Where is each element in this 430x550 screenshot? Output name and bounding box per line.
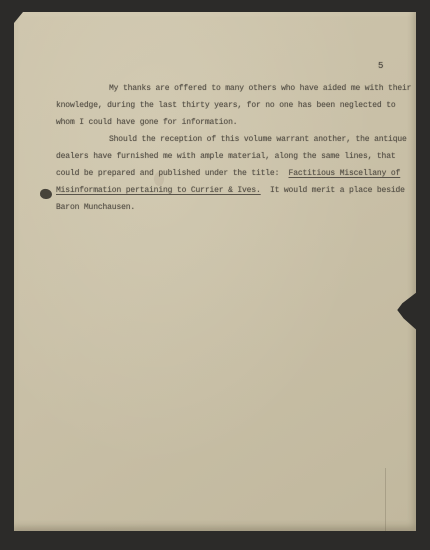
line-text: My thanks are offered to many others who…: [109, 84, 411, 93]
typed-line: whom I could have gone for information.: [56, 114, 416, 131]
page-number: 5: [378, 61, 383, 71]
line-text: whom I could have gone for information.: [56, 118, 237, 127]
document-page: 5 My thanks are offered to many others w…: [14, 12, 416, 531]
typed-line: Misinformation pertaining to Currier & I…: [56, 182, 416, 199]
line-text: dealers have furnished me with ample mat…: [56, 152, 396, 161]
underlined-title: Factitious Miscellany of: [289, 169, 401, 178]
photo-background: 5 My thanks are offered to many others w…: [0, 0, 430, 550]
typed-line: My thanks are offered to many others who…: [56, 80, 416, 97]
typed-line: could be prepared and published under th…: [56, 165, 416, 182]
line-text: It would merit a place beside: [261, 186, 405, 195]
typed-line: knowledge, during the last thirty years,…: [56, 97, 416, 114]
typed-line: dealers have furnished me with ample mat…: [56, 148, 416, 165]
underlined-title: Misinformation pertaining to Currier & I…: [56, 186, 261, 195]
line-text: knowledge, during the last thirty years,…: [56, 101, 396, 110]
paper-stain: [154, 172, 164, 186]
typed-line: Baron Munchausen.: [56, 199, 416, 216]
line-text: Should the reception of this volume warr…: [109, 135, 407, 144]
line-text: could be prepared and published under th…: [56, 169, 289, 178]
typed-line: Should the reception of this volume warr…: [56, 131, 416, 148]
fold-crease: [385, 468, 386, 531]
typed-text-block: My thanks are offered to many others who…: [56, 80, 416, 216]
line-text: Baron Munchausen.: [56, 203, 135, 212]
